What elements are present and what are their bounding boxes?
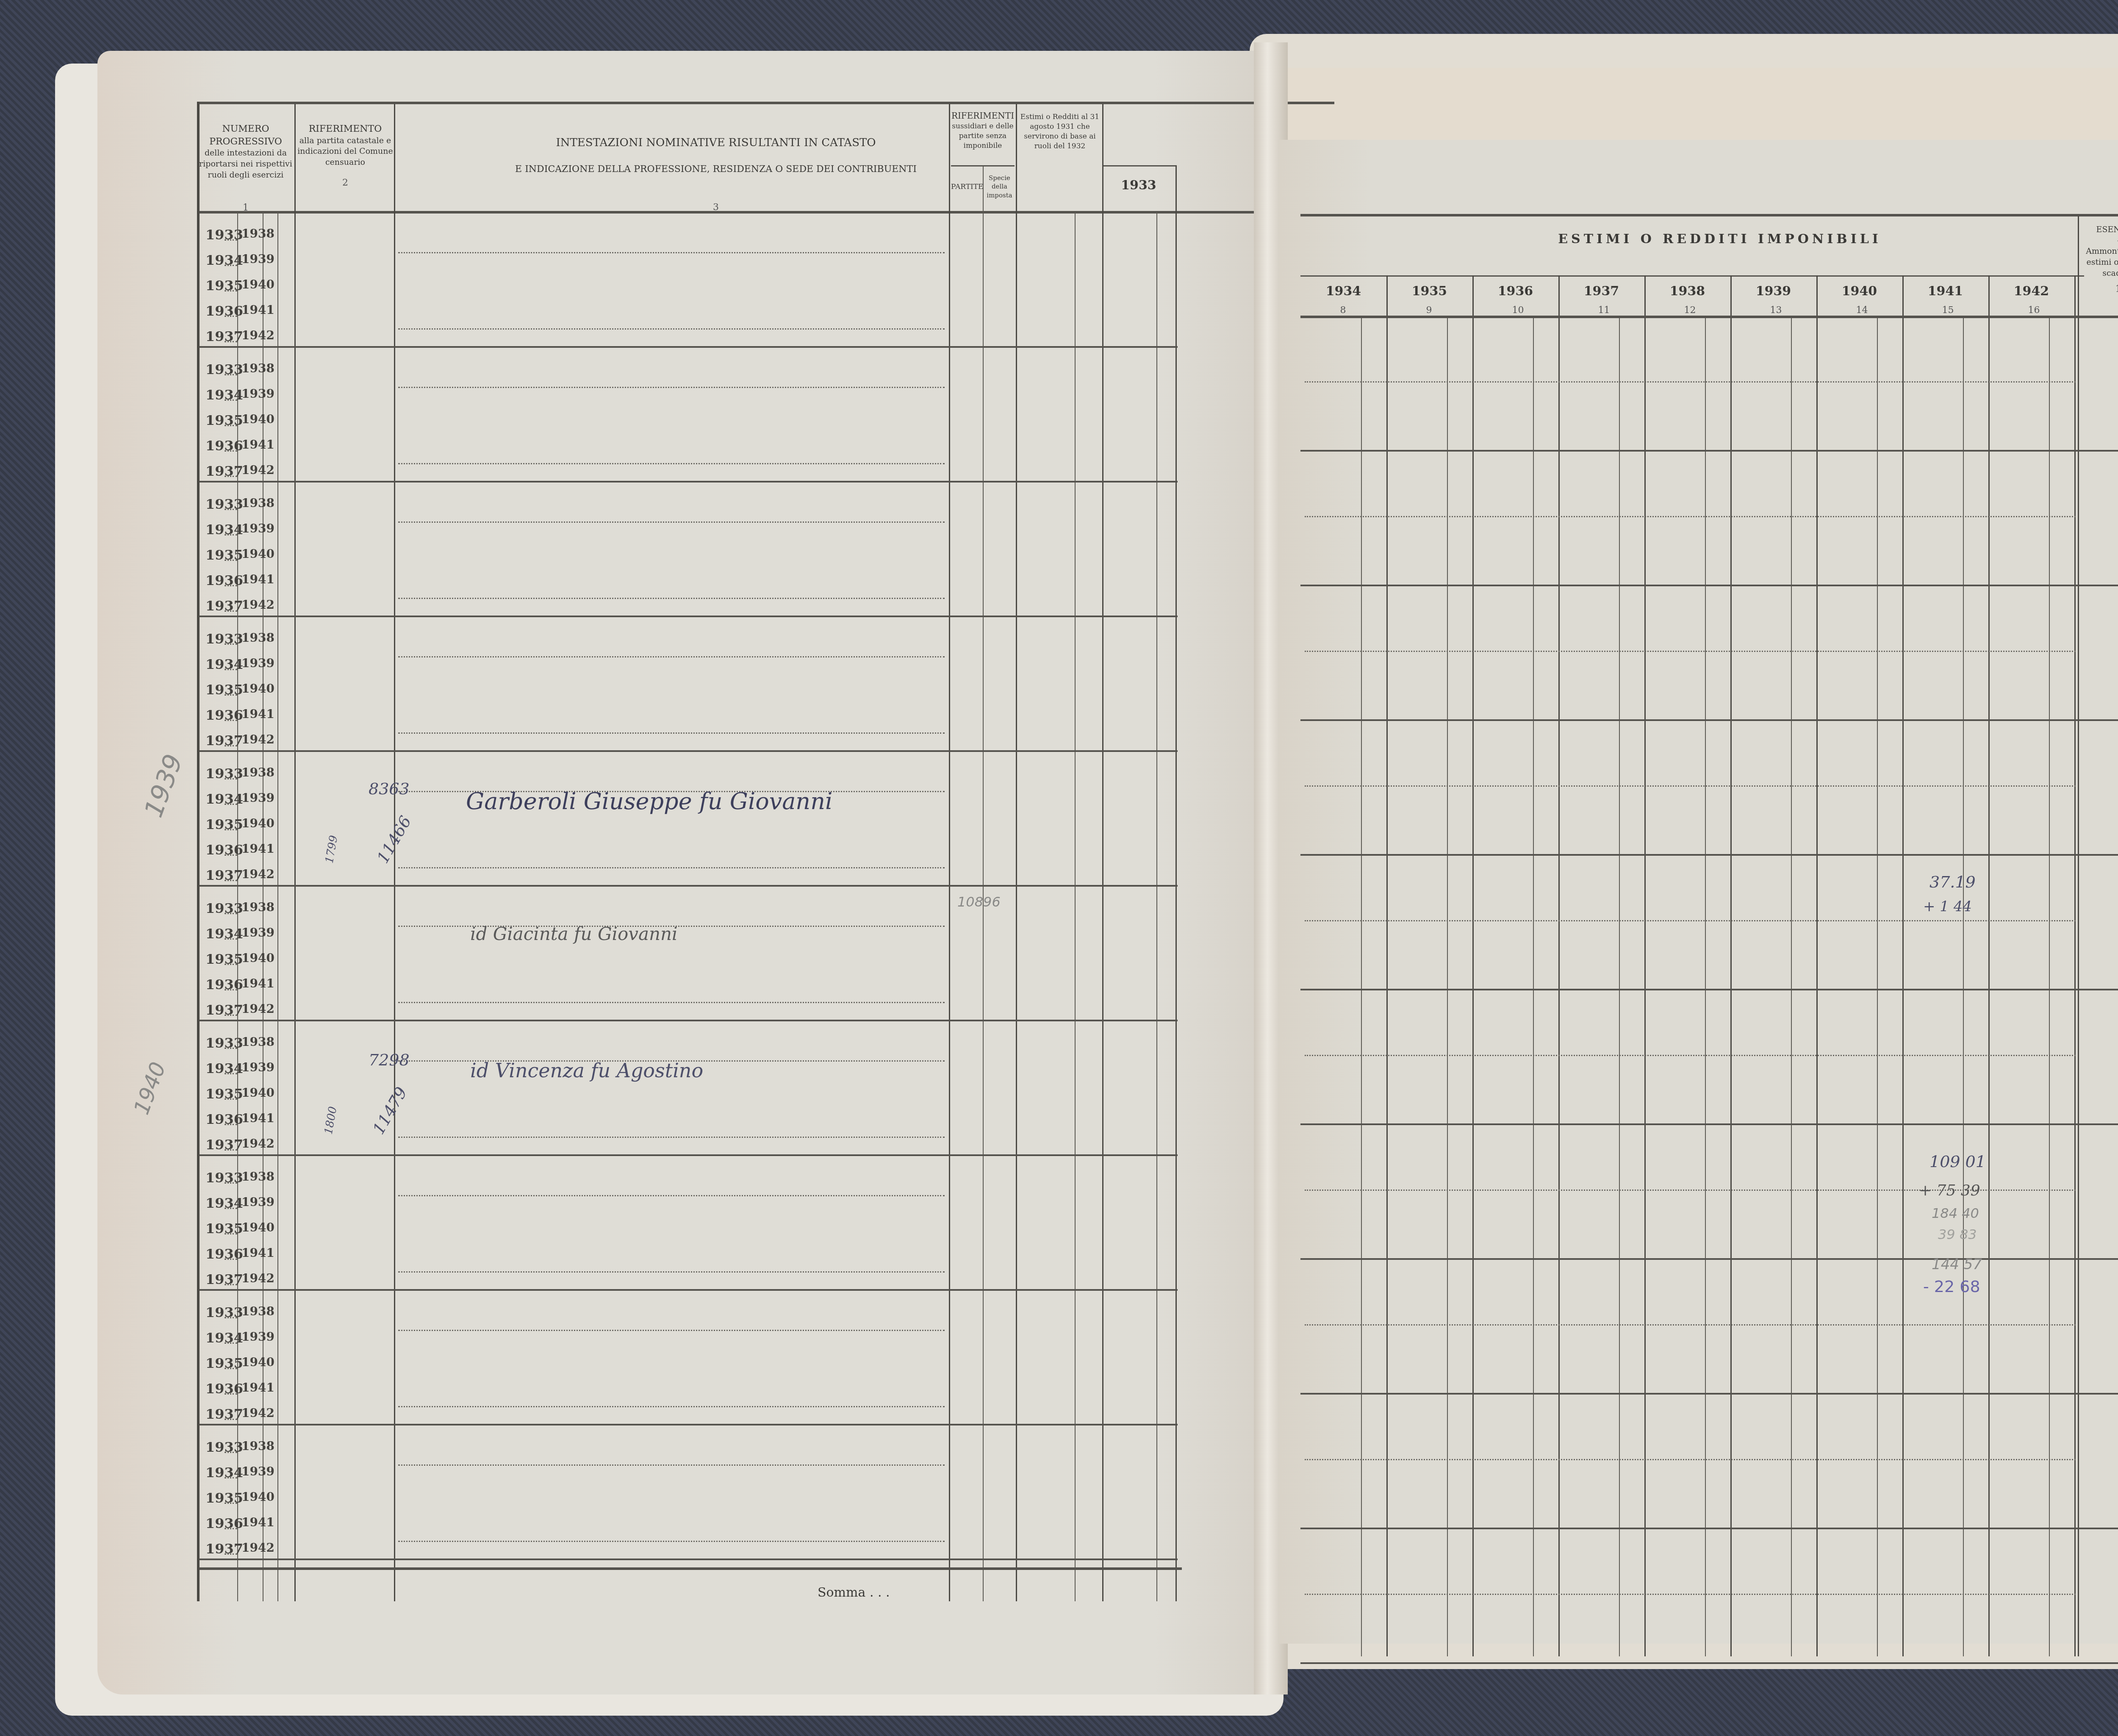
numero-1800: 1800 — [322, 1106, 340, 1135]
dotted-line — [225, 1259, 237, 1260]
name-dotted-line — [398, 1330, 945, 1331]
dotted-line — [225, 1317, 237, 1318]
col-divider — [1730, 275, 1732, 1656]
name-dotted-line — [398, 1002, 945, 1003]
dotted-line — [225, 1368, 237, 1369]
year-label: 1938 — [241, 1439, 274, 1453]
dotted-line — [1305, 1594, 2076, 1595]
dotted-line — [225, 1342, 237, 1344]
col-divider — [1102, 104, 1103, 1601]
dotted-line — [225, 425, 237, 426]
year-label: 1938 — [241, 496, 274, 510]
name-dotted-line — [398, 656, 945, 657]
block-rule — [1300, 989, 2118, 990]
year-label: 1940 — [241, 951, 274, 965]
block-rule — [1300, 719, 2118, 721]
col-divider — [1558, 275, 1560, 1656]
name-dotted-line — [398, 1406, 945, 1407]
dotted-line — [225, 1015, 237, 1016]
header-label: Specie della imposta — [984, 174, 1015, 200]
col-number: 13 — [1770, 305, 1782, 316]
dotted-line — [225, 1419, 237, 1420]
year-label: 1939 — [241, 926, 274, 940]
col-divider — [1988, 275, 1990, 1656]
dotted-line — [225, 450, 237, 452]
dotted-line — [225, 585, 237, 586]
col-number: 16 — [2028, 305, 2040, 316]
col-number: 15 — [1942, 305, 1954, 316]
dotted-line — [1305, 381, 2076, 383]
dotted-line — [225, 290, 237, 291]
col-divider — [1386, 275, 1388, 1656]
header-riferimento: RIFERIMENTO alla partita catastale e ind… — [297, 123, 394, 189]
col-divider — [2078, 216, 2079, 1656]
dotted-line — [225, 778, 237, 779]
col-number: 11 — [1598, 305, 1610, 316]
dotted-line — [225, 913, 237, 914]
header-title: NUMERO PROGRESSIVO — [199, 123, 292, 148]
cents-divider — [2049, 318, 2050, 1656]
table-bottom-rule — [199, 1567, 1182, 1570]
header-title: INTESTAZIONI NOMINATIVE RISULTANTI IN CA… — [398, 136, 1034, 150]
header-bottom-rule — [1300, 316, 2118, 318]
header-sub: Ammontare degli estimi o redditi e scade… — [2080, 246, 2118, 279]
year-label: 1939 — [241, 1060, 274, 1074]
dotted-line — [225, 880, 237, 881]
block-rule — [199, 481, 1178, 483]
year-label: 1940 — [241, 1220, 274, 1234]
col-number: 12 — [1684, 305, 1696, 316]
dotted-line — [225, 560, 237, 561]
dotted-line — [225, 720, 237, 721]
year-label: 1939 — [241, 1195, 274, 1209]
pencil-sum: 184 40 — [1932, 1205, 1979, 1221]
cents-divider — [1963, 318, 1964, 1656]
dotted-line — [225, 745, 237, 746]
year-label: 1941 — [241, 707, 274, 721]
sub-divider — [1075, 212, 1076, 1601]
block-rule — [1300, 450, 2118, 452]
dotted-line — [225, 669, 237, 670]
year-label: 1942 — [241, 1002, 274, 1016]
dotted-line — [225, 1208, 237, 1209]
name-vincenza: id Vincenza fu Agostino — [470, 1059, 703, 1082]
year-label: 1942 — [241, 598, 274, 612]
dotted-line — [225, 964, 237, 965]
dotted-line — [225, 804, 237, 805]
dotted-line — [225, 1098, 237, 1100]
dotted-line — [225, 694, 237, 696]
partite-10896: 10896 — [957, 894, 1001, 910]
block-rule — [199, 1424, 1178, 1425]
dotted-line — [225, 1124, 237, 1125]
dotted-line — [225, 1233, 237, 1234]
year-label: 1942 — [241, 328, 274, 342]
cents-divider — [1705, 318, 1706, 1656]
col-number: 14 — [1856, 305, 1868, 316]
year-label: 1942 — [241, 1406, 274, 1420]
year-header: 1942 — [1988, 284, 2074, 299]
block-rule — [1300, 585, 2118, 586]
name-dotted-line — [398, 387, 945, 388]
name-dotted-line — [398, 1195, 945, 1196]
col-divider — [949, 104, 950, 1601]
block-rule — [199, 1154, 1178, 1156]
year-header: 1937 — [1558, 284, 1644, 299]
col-divider — [1644, 275, 1646, 1656]
years-header-rule — [1300, 275, 2084, 277]
header-1933: 1933 — [1105, 178, 1173, 193]
cents-divider — [1877, 318, 1878, 1656]
dotted-line — [1305, 785, 2076, 787]
year-label: 1939 — [241, 656, 274, 670]
col-divider — [1175, 165, 1177, 1601]
dotted-line — [225, 509, 237, 510]
col-divider — [294, 104, 296, 1601]
adjust-1941-block8: + 75 39 — [1919, 1182, 1980, 1199]
year-label: 1938 — [241, 1170, 274, 1184]
year-label: 1938 — [241, 227, 274, 241]
dotted-line — [225, 399, 237, 401]
year-label: 1940 — [241, 682, 274, 696]
header-specie-imposta: Specie della imposta — [984, 174, 1015, 200]
dotted-line — [1305, 1055, 2076, 1056]
dotted-line — [225, 1503, 237, 1504]
dotted-line — [225, 1553, 237, 1555]
year-header: 1934 — [1300, 284, 1386, 299]
dotted-line — [225, 1149, 237, 1151]
dotted-line — [225, 374, 237, 375]
adjust-1941-block6: + 1 44 — [1923, 898, 1972, 915]
year-label: 1940 — [241, 277, 274, 291]
header-sub: E INDICAZIONE DELLA PROFESSIONE, RESIDEN… — [398, 163, 1034, 176]
right-page: Mod. 111 - Imposte Dirette (Intercalare)… — [1279, 140, 2118, 1644]
name-garberoli: Garberoli Giuseppe fu Giovanni — [466, 788, 832, 815]
col-divider — [1816, 275, 1818, 1656]
dotted-line — [225, 534, 237, 535]
cents-divider — [1619, 318, 1620, 1656]
header-dash: — — [2080, 236, 2118, 247]
table-top-rule — [199, 102, 1334, 104]
year-label: 1942 — [241, 867, 274, 881]
dotted-line — [225, 316, 237, 317]
dotted-line — [225, 610, 237, 612]
year-header: 1938 — [1644, 284, 1730, 299]
year-label: 1938 — [241, 631, 274, 645]
pencil-total: 144 57 — [1932, 1256, 1982, 1273]
block-rule — [1300, 1393, 2118, 1395]
year-label: 1940 — [241, 1355, 274, 1369]
block-rule — [1300, 1528, 2118, 1529]
col-number: 9 — [1426, 305, 1432, 316]
sub-divider — [277, 212, 278, 1601]
sub-header-rule — [1103, 165, 1175, 166]
dotted-line — [225, 1452, 237, 1453]
dotted-line — [225, 829, 237, 830]
year-label: 1942 — [241, 732, 274, 746]
year-label: 1938 — [241, 361, 274, 375]
name-dotted-line — [398, 521, 945, 523]
col-number: 3 — [398, 201, 1034, 214]
year-label: 1938 — [241, 1035, 274, 1049]
header-label: Estimi o Redditi al 31 agosto 1931 che s… — [1017, 112, 1102, 151]
year-label: 1940 — [241, 1086, 274, 1100]
header-title: RIFERIMENTO — [297, 123, 394, 136]
year-label: 1940 — [241, 816, 274, 830]
header-sub: alla partita catastale e indicazioni del… — [297, 136, 394, 168]
header-riferimenti-sussidiari: RIFERIMENTI sussidiari e delle partite s… — [951, 110, 1015, 151]
year-label: 1941 — [241, 842, 274, 856]
year-label: 1940 — [241, 1490, 274, 1504]
dotted-line — [225, 1477, 237, 1478]
year-label: 1939 — [241, 521, 274, 535]
col-divider — [1016, 104, 1017, 1601]
table-top-rule — [1300, 214, 2118, 216]
year-label: 1940 — [241, 412, 274, 426]
year-header: 1940 — [1816, 284, 1902, 299]
cents-divider — [1533, 318, 1534, 1656]
block-rule — [199, 616, 1178, 617]
name-dotted-line — [398, 732, 945, 734]
numero-1799: 1799 — [323, 835, 341, 864]
name-dotted-line — [398, 252, 945, 253]
year-label: 1938 — [241, 1304, 274, 1318]
name-dotted-line — [398, 1271, 945, 1273]
year-header: 1935 — [1386, 284, 1472, 299]
dotted-line — [225, 1528, 237, 1529]
block-rule — [1300, 854, 2118, 856]
header-numero-progressivo: NUMERO PROGRESSIVO delle intestazioni da… — [199, 123, 292, 214]
value-1941-block6: 37.19 — [1929, 873, 1976, 891]
year-label: 1942 — [241, 1271, 274, 1285]
name-dotted-line — [398, 328, 945, 330]
col-number: 8 — [1340, 305, 1346, 316]
table-left-border — [197, 102, 200, 1601]
year-label: 1939 — [241, 387, 274, 401]
col-divider — [1472, 275, 1474, 1656]
sub-divider — [1156, 212, 1157, 1601]
header-estimi-1932: Estimi o Redditi al 31 agosto 1931 che s… — [1017, 112, 1102, 151]
dotted-line — [225, 854, 237, 856]
left-page: NUMERO PROGRESSIVO delle intestazioni da… — [97, 51, 1271, 1694]
year-label: 1941 — [241, 976, 274, 990]
block-rule — [1300, 1258, 2118, 1260]
year-label: 1941 — [241, 1246, 274, 1260]
year-label: 1941 — [241, 303, 274, 317]
year-label: 1942 — [241, 463, 274, 477]
dotted-line — [225, 265, 237, 266]
riferimento-8363: 8363 — [369, 779, 410, 798]
name-dotted-line — [398, 598, 945, 599]
cents-divider — [1791, 318, 1792, 1656]
year-label: 1941 — [241, 572, 274, 586]
block-rule — [199, 1289, 1178, 1291]
year-label: 1942 — [241, 1541, 274, 1555]
dotted-line — [225, 1073, 237, 1074]
cents-divider — [1361, 318, 1362, 1656]
dotted-line — [1305, 651, 2076, 652]
block-rule — [199, 1559, 1178, 1560]
year-label: 1939 — [241, 1464, 274, 1478]
year-header: 1936 — [1472, 284, 1558, 299]
col-number: 2 — [297, 177, 394, 189]
dotted-line — [225, 476, 237, 477]
col-divider — [1902, 275, 1904, 1656]
header-title: RIFERIMENTI — [951, 110, 1015, 122]
dotted-line — [1305, 516, 2076, 517]
block-rule — [1300, 1662, 2118, 1664]
header-esenzioni: ESENZIONI — Ammontare degli estimi o red… — [2080, 225, 2118, 296]
dotted-line — [1305, 1459, 2076, 1460]
name-dotted-line — [398, 867, 945, 868]
name-dotted-line — [398, 1464, 945, 1466]
dotted-line — [225, 1048, 237, 1049]
dotted-line — [225, 989, 237, 990]
dotted-line — [225, 239, 237, 241]
year-label: 1939 — [241, 252, 274, 266]
block-rule — [199, 885, 1178, 887]
dotted-line — [1305, 1324, 2076, 1326]
year-label: 1938 — [241, 900, 274, 914]
dotted-line — [225, 341, 237, 342]
header-title: ESENZIONI — [2080, 225, 2118, 236]
year-label: 1941 — [241, 1515, 274, 1529]
name-dotted-line — [398, 1137, 945, 1138]
value-1941-block8: 109 01 — [1929, 1152, 1986, 1171]
pencil-sub: 39 83 — [1938, 1226, 1977, 1242]
dotted-line — [1305, 920, 2076, 921]
dotted-line — [225, 643, 237, 645]
year-label: 1940 — [241, 547, 274, 561]
riferimento-11479: 11479 — [369, 1084, 411, 1138]
block-rule — [199, 1020, 1178, 1021]
dotted-line — [225, 938, 237, 940]
col-divider — [983, 166, 984, 1601]
col-divider — [2074, 275, 2076, 1656]
name-giacinta: id Giacinta fu Giovanni — [470, 923, 677, 944]
estimi-title: ESTIMI O REDDITI IMPONIBILI — [1381, 231, 2059, 248]
dotted-line — [225, 1393, 237, 1395]
year-label: 1939 — [241, 791, 274, 805]
header-intestazioni: INTESTAZIONI NOMINATIVE RISULTANTI IN CA… — [398, 136, 1034, 214]
block-rule — [199, 750, 1178, 752]
riferimento-7298: 7298 — [369, 1051, 410, 1069]
dotted-line — [225, 1182, 237, 1184]
year-label: 1938 — [241, 765, 274, 779]
margin-note-1939: 1939 — [139, 750, 189, 821]
header-label: PARTITE — [951, 182, 983, 192]
year-label: 1939 — [241, 1330, 274, 1344]
cents-divider — [1447, 318, 1448, 1656]
year-header: 1939 — [1730, 284, 1816, 299]
year-label: 1941 — [241, 438, 274, 452]
block-rule — [1300, 1123, 2118, 1125]
header-sub: delle intestazioni da riportarsi nei ris… — [199, 148, 292, 180]
name-dotted-line — [398, 1541, 945, 1542]
header-partite: PARTITE — [951, 182, 983, 192]
final-adjust: - 22 68 — [1923, 1277, 1980, 1296]
header-sub: sussidiari e delle partite senza imponib… — [951, 122, 1015, 151]
year-label: 1942 — [241, 1137, 274, 1151]
dotted-line — [225, 1284, 237, 1285]
col-number: 10 — [1512, 305, 1524, 316]
col-number: 1 — [199, 202, 292, 214]
year-label: 1941 — [241, 1381, 274, 1395]
year-label: 1941 — [241, 1111, 274, 1125]
block-rule — [199, 346, 1178, 348]
margin-note-1940: 1940 — [129, 1059, 171, 1118]
name-dotted-line — [398, 463, 945, 464]
year-header: 1941 — [1902, 284, 1988, 299]
col-number: 17 — [2080, 283, 2118, 296]
somma-label: Somma . . . — [818, 1584, 890, 1602]
